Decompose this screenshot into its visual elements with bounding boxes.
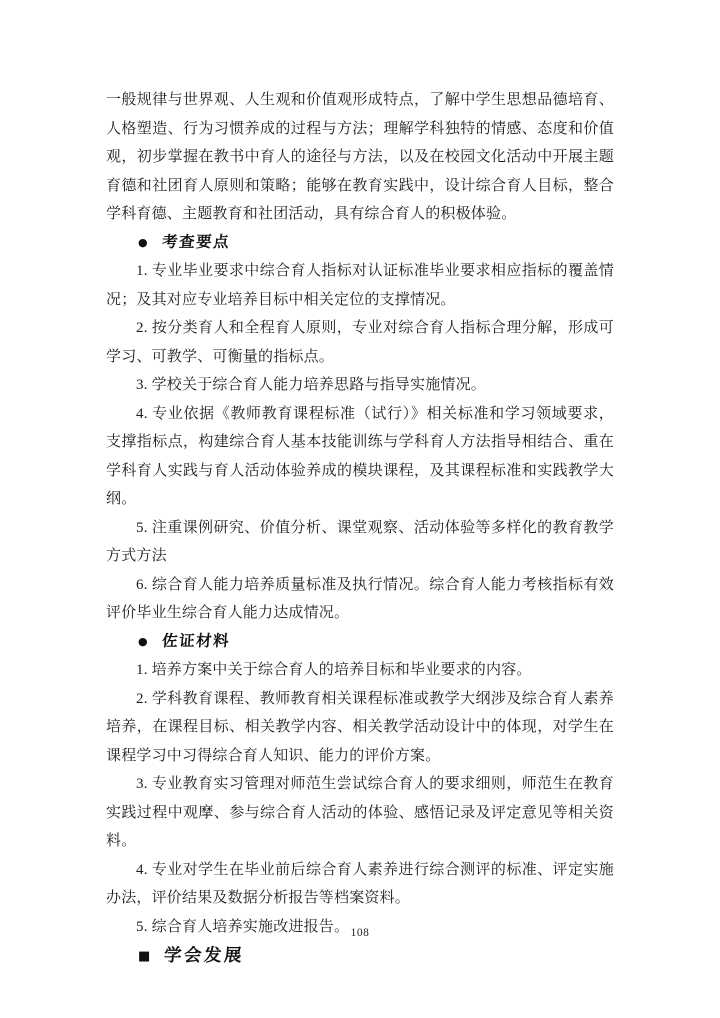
section-title: 考查要点 (161, 229, 231, 258)
list-item: 4. 专业对学生在毕业前后综合育人素养进行综合测评的标准、评定实施办法，评价结果… (106, 856, 614, 913)
list-item: 1. 专业毕业要求中综合育人指标对认证标准毕业要求相应指标的覆盖情况；及其对应专… (106, 257, 614, 314)
section-title: 佐证材料 (161, 628, 231, 657)
intro-paragraph: 一般规律与世界观、人生观和价值观形成特点，了解中学生思想品德培育、人格塑造、行为… (106, 86, 614, 229)
circle-bullet-icon: ● (138, 628, 148, 657)
list-item: 5. 注重课例研究、价值分析、课堂观察、活动体验等多样化的教育教学方式方法 (106, 514, 614, 571)
list-item: 6. 综合育人能力培养质量标准及执行情况。综合育人能力考核指标有效评价毕业生综合… (106, 571, 614, 628)
list-item: 4. 专业依据《教师教育课程标准（试行）》相关标准和学习领域要求，支撑指标点，构… (106, 400, 614, 514)
section-heading-xuehui-fazhan: ■学会发展 (106, 941, 614, 972)
circle-bullet-icon: ● (138, 229, 148, 258)
document-page: 一般规律与世界观、人生观和价值观形成特点，了解中学生思想品德培育、人格塑造、行为… (0, 0, 720, 1018)
list-item: 3. 学校关于综合育人能力培养思路与指导实施情况。 (106, 371, 614, 400)
section-heading-kaocha-yaodian: ●考查要点 (106, 229, 614, 258)
page-number: 108 (0, 927, 720, 939)
square-bullet-icon: ■ (138, 943, 150, 972)
section-title: 学会发展 (163, 941, 245, 970)
list-item: 2. 学科教育课程、教师教育相关课程标准或教学大纲涉及综合育人素养培养，在课程目… (106, 685, 614, 771)
page-content: 一般规律与世界观、人生观和价值观形成特点，了解中学生思想品德培育、人格塑造、行为… (106, 86, 614, 972)
section-heading-zuozheng-cailiao: ●佐证材料 (106, 628, 614, 657)
list-item: 1. 培养方案中关于综合育人的培养目标和毕业要求的内容。 (106, 656, 614, 685)
list-item: 3. 专业教育实习管理对师范生尝试综合育人的要求细则，师范生在教育实践过程中观摩… (106, 770, 614, 856)
list-item: 2. 按分类育人和全程育人原则，专业对综合育人指标合理分解，形成可学习、可教学、… (106, 314, 614, 371)
